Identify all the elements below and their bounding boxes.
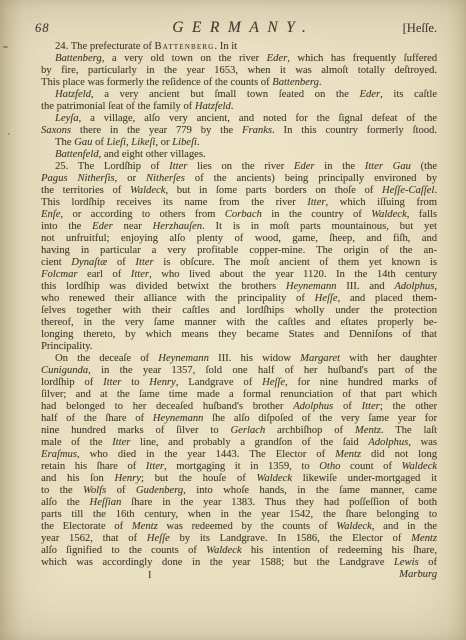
text-line: the Electorate of Mentz was redeemed by … — [41, 521, 437, 533]
text-line: On the deceaſe of Heynemann III. his wid… — [41, 353, 437, 365]
catchword: Marburg — [399, 569, 437, 580]
text-line: Battenberg, a very old town on the river… — [41, 53, 437, 65]
text-line: alſo ſignified to the counts of Waldeck … — [41, 545, 437, 557]
body-text: 24. The prefecturate of Battenberg. In i… — [41, 41, 437, 569]
text-line: and his ſon Henry; but the houſe of Wald… — [41, 473, 437, 485]
text-line: retain his ſhare of Itter, mortgaging it… — [41, 461, 437, 473]
text-line: cient Dynaſtæ of Itter is obſcure. The m… — [41, 257, 437, 269]
text-line: longing thereto, by which means they bec… — [41, 329, 437, 341]
text-line: alſo the Heſſian ſhare in the year 1383.… — [41, 497, 437, 509]
text-line: the territories of Waldeck, but in ſome … — [41, 185, 437, 197]
text-line: Hatzfeld, a very ancient but ſmall town … — [41, 89, 437, 101]
signature-mark: I — [148, 570, 151, 581]
text-line: Pagus Nitherſis, or Nitherſes of the anc… — [41, 173, 437, 185]
text-line: Enſe, or according to others from Corbac… — [41, 209, 437, 221]
text-line: 24. The prefecturate of Battenberg. In i… — [41, 41, 437, 53]
text-line: by fire, particularly in the year 1653, … — [41, 65, 437, 77]
text-line: male of the Itter line, and probably a g… — [41, 437, 437, 449]
text-line: to the Wolfs of Gudenberg, into whoſe ha… — [41, 485, 437, 497]
running-head: [Heſſe. — [403, 21, 437, 36]
book-page: 68 GERMANY. [Heſſe. 24. The prefecturate… — [0, 0, 466, 640]
text-line: lordſhip of Itter to Henry, Landgrave of… — [41, 377, 437, 389]
text-line: Cunigunda, in the year 1357, ſold one ha… — [41, 365, 437, 377]
text-line: had belonged to her deceaſed huſband's b… — [41, 401, 437, 413]
text-line: half of the ſhare of Heynemann ſhe alſo … — [41, 413, 437, 425]
text-line: thereof, in the very ſame manner with th… — [41, 317, 437, 329]
text-line: Eraſmus, who died in the year 1443. The … — [41, 449, 437, 461]
text-line: having in particular a very profitable c… — [41, 245, 437, 257]
scan-speck — [8, 133, 10, 135]
text-line: this lordſhip was divided betwixt the br… — [41, 281, 437, 293]
text-line: nine hundred marks of ſilver to Gerlach … — [41, 425, 437, 437]
text-line: parts till the 16th century, when in the… — [41, 509, 437, 521]
text-line: Leyſa, a village, alſo very ancient, and… — [41, 113, 437, 125]
page-header: 68 GERMANY. [Heſſe. — [41, 19, 437, 37]
text-line: The Gau of Lieſi, Likeſi, or Libeſi. — [41, 137, 437, 149]
text-line: which was accordingly done in the year 1… — [41, 557, 437, 569]
text-line: Battenfeld, and eight other villages. — [41, 149, 437, 161]
text-line: not unfruitful; enjoying alſo plenty of … — [41, 233, 437, 245]
text-line: the patrimonial ſeat of the family of Ha… — [41, 101, 437, 113]
text-line: This lordſhip receives its name from the… — [41, 197, 437, 209]
text-line: ſelves together with their caſtles and l… — [41, 305, 437, 317]
text-line: This place was formerly the reſidence of… — [41, 77, 437, 89]
text-line: Saxons there in the year 779 by the Fran… — [41, 125, 437, 137]
scan-speck — [3, 46, 8, 48]
page-title: GERMANY. — [41, 19, 437, 37]
text-line: Principality. — [41, 341, 437, 353]
text-line: year 1562, that of Heſſe by its Landgrav… — [41, 533, 437, 545]
text-line: into the Eder near Herzhauſen. It is in … — [41, 221, 437, 233]
text-line: ſilver; and at the ſame time made a form… — [41, 389, 437, 401]
text-line: who renewed their alliance with the prin… — [41, 293, 437, 305]
text-line: Folcmar earl of Itter, who lived about t… — [41, 269, 437, 281]
page-footer: I Marburg — [41, 569, 437, 583]
text-line: 25. The Lordſhip of Itter lies on the ri… — [41, 161, 437, 173]
